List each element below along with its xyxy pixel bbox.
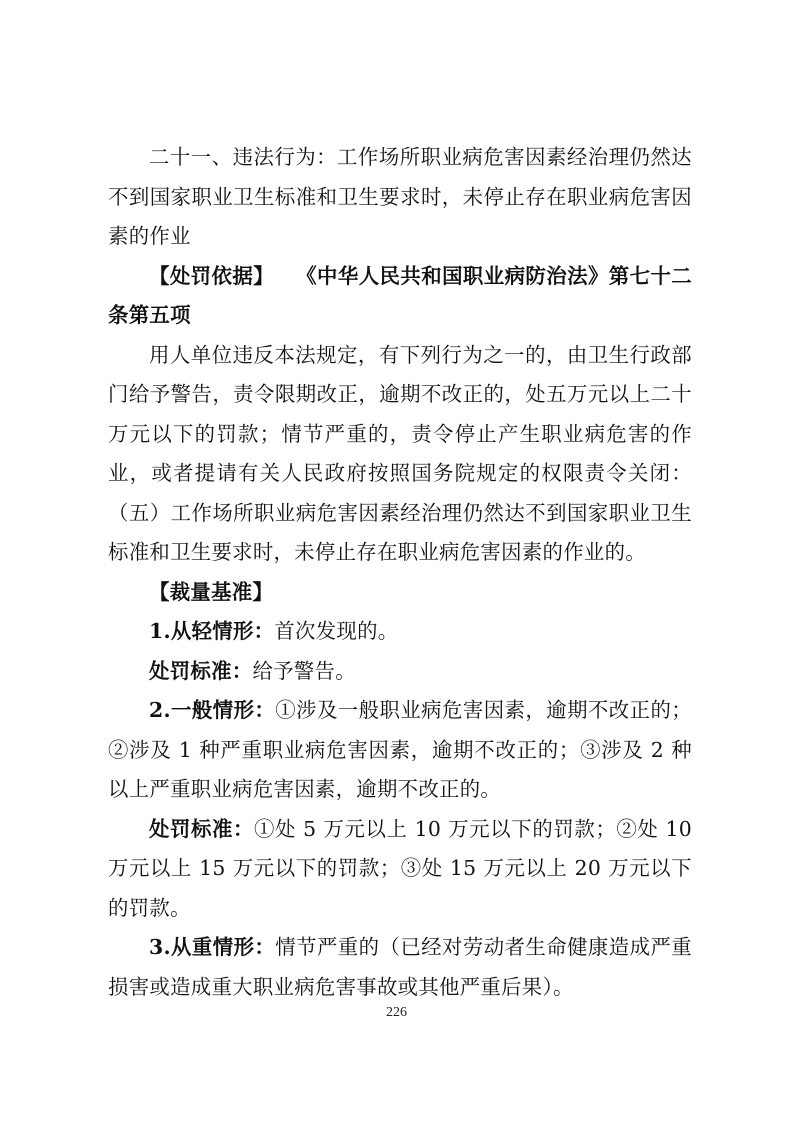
level-lenient-label: 1.从轻情形： (149, 619, 274, 643)
penalty-standard-label: 处罚标准： (149, 659, 252, 683)
page-number: 226 (0, 1005, 793, 1021)
document-page: 二十一、违法行为：工作场所职业病危害因素经治理仍然达不到国家职业卫生标准和卫生要… (108, 138, 692, 1007)
penalty-basis: 【处罚依据】《中华人民共和国职业病防治法》第七十二条第五项 (108, 257, 692, 336)
level-severe-label: 3.从重情形： (149, 935, 275, 959)
level-general: 2.一般情形：①涉及一般职业病危害因素，逾期不改正的；②涉及 1 种严重职业病危… (108, 691, 692, 810)
penalty-basis-label: 【处罚依据】 (149, 264, 274, 288)
level-lenient: 1.从轻情形：首次发现的。 (108, 612, 692, 652)
penalty-standard-text: 给予警告。 (252, 659, 355, 683)
level-general-penalty: 处罚标准：①处 5 万元以上 10 万元以下的罚款；②处 10 万元以上 15 … (108, 810, 692, 929)
penalty-standard-label: 处罚标准： (149, 817, 254, 841)
violation-heading: 二十一、违法行为：工作场所职业病危害因素经治理仍然达不到国家职业卫生标准和卫生要… (108, 138, 692, 257)
level-severe: 3.从重情形：情节严重的（已经对劳动者生命健康造成严重损害或造成重大职业病危害事… (108, 928, 692, 1007)
penalty-basis-text: 用人单位违反本法规定，有下列行为之一的，由卫生行政部门给予警告，责令限期改正，逾… (108, 336, 692, 573)
level-general-label: 2.一般情形： (149, 698, 275, 722)
level-lenient-text: 首次发现的。 (274, 619, 398, 643)
level-lenient-penalty: 处罚标准：给予警告。 (108, 652, 692, 692)
discretion-heading: 【裁量基准】 (108, 573, 692, 613)
